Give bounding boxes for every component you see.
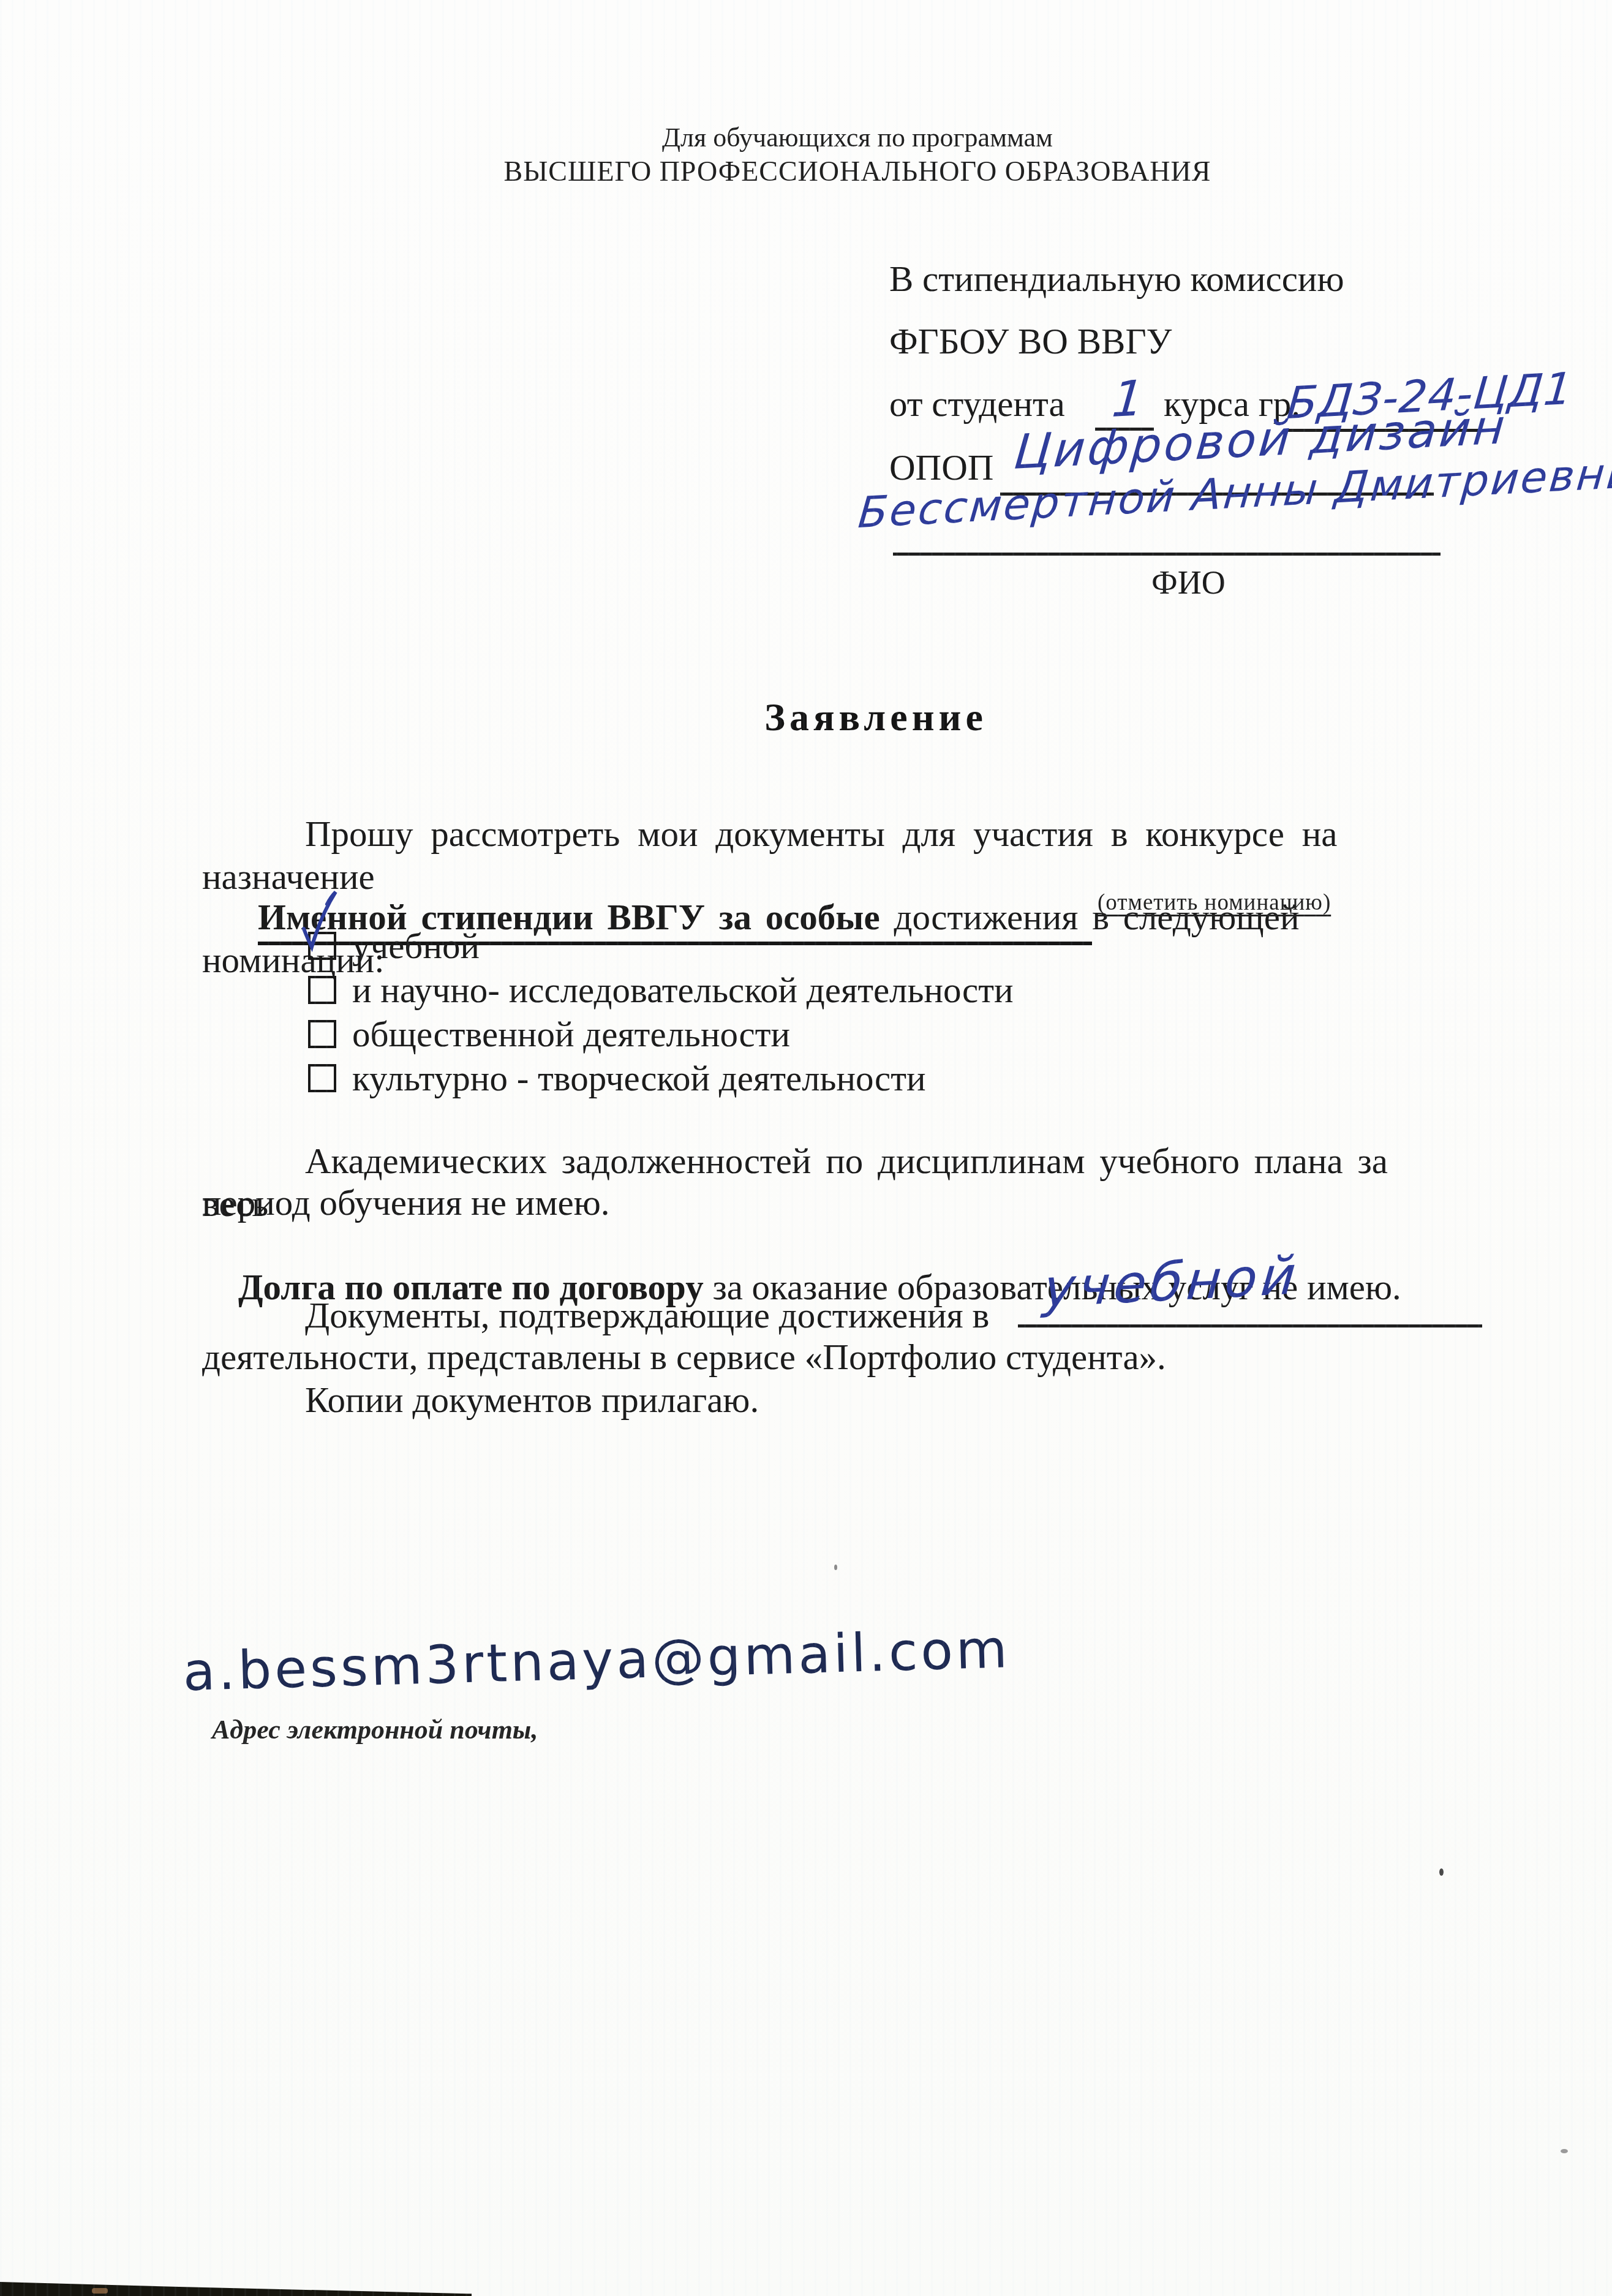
scan-speck [834, 1565, 837, 1570]
special-bold: за особые [719, 897, 894, 937]
email-caption: Адрес электронной почты, [212, 1714, 538, 1745]
scan-edge-artifact [0, 2280, 472, 2296]
document-title: Заявление [263, 695, 1488, 740]
copies-line: Копии документов прилагаю. [202, 1378, 1458, 1421]
scanned-application-page: Для обучающихся по программам ВЫСШЕГО ПР… [0, 0, 1612, 2296]
nomination-label: общественной деятельности [352, 1014, 790, 1054]
header-line1: Для обучающихся по программам [245, 121, 1470, 154]
nomination-label: учебной [352, 926, 480, 965]
checkbox-icon [308, 1064, 336, 1092]
nomination-option-social: общественной деятельности [308, 1014, 790, 1054]
addressee-line-university: ФГБОУ ВО ВВГУ [889, 320, 1172, 363]
form-header: Для обучающихся по программам ВЫСШЕГО ПР… [245, 121, 1470, 189]
scan-speck [92, 2288, 108, 2294]
nomination-label: и научно- исследовательской деятельности [352, 970, 1014, 1010]
nomination-label: культурно - творческой деятельности [352, 1059, 926, 1098]
addressee-line-commission: В стипендиальную комиссию [889, 257, 1344, 300]
nomination-option-research: и научно- исследовательской деятельности [308, 970, 1014, 1010]
email-handwritten-value: a.bessm3rtnaya@gmail.com [182, 1618, 1011, 1703]
header-line2: ВЫСШЕГО ПРОФЕССИОНАЛЬНОГО ОБРАЗОВАНИЯ [245, 154, 1470, 189]
checkmark-icon [295, 886, 350, 957]
checkbox-icon [308, 1020, 336, 1048]
from-student-label: от студента [889, 382, 1065, 425]
achievements-underlined: достижения [894, 897, 1092, 937]
fio-label: ФИО [1151, 564, 1226, 602]
documents-line1: Документы, подтверждающие достижения в [202, 1294, 1029, 1337]
scan-speck [1561, 2149, 1568, 2153]
nomination-option-cultural: культурно - творческой деятельности [308, 1059, 926, 1098]
documents-line2: деятельности, представлены в сервисе «По… [202, 1335, 1458, 1378]
debt-statement-line2: период обучения не имею. [202, 1181, 1458, 1224]
checkbox-icon [308, 976, 336, 1004]
scan-speck [1439, 1868, 1444, 1876]
mark-nomination-note: (отметить номинацию) [1098, 889, 1331, 916]
